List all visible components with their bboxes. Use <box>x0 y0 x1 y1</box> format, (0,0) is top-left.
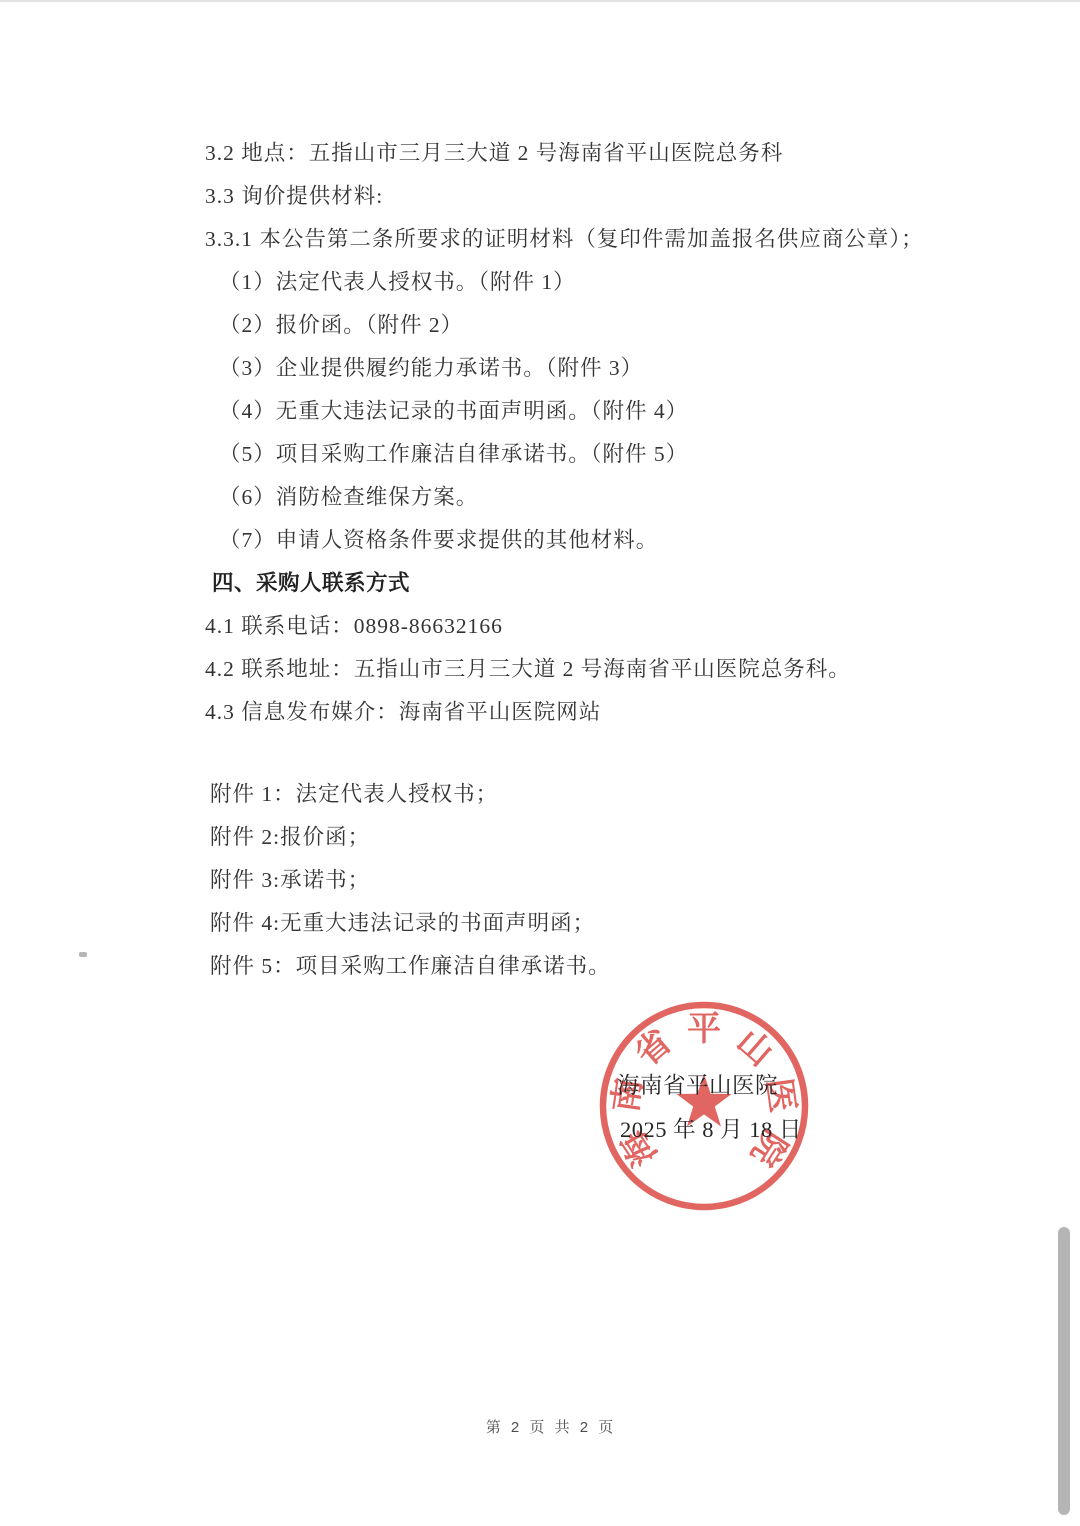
viewer-top-divider <box>0 0 1080 2</box>
line-3-2-location: 3.2 地点：五指山市三月三大道 2 号海南省平山医院总务科 <box>205 132 965 175</box>
line-4-2-address: 4.2 联系地址：五指山市三月三大道 2 号海南省平山医院总务科。 <box>205 648 965 691</box>
line-attachment-4: 附件 4:无重大违法记录的书面声明函； <box>205 902 965 945</box>
document-viewer: 3.2 地点：五指山市三月三大道 2 号海南省平山医院总务科3.3 询价提供材料… <box>0 0 1080 1526</box>
line-3-3-materials: 3.3 询价提供材料: <box>205 175 965 218</box>
page-number-label: 第 2 页 共 2 页 <box>0 1416 1080 1437</box>
line-4-1-phone: 4.1 联系电话：0898-86632166 <box>205 605 965 648</box>
line-item-2: （2）报价函。（附件 2） <box>205 304 965 347</box>
line-item-5: （5）项目采购工作廉洁自律承诺书。（附件 5） <box>205 433 965 476</box>
line-item-4: （4）无重大违法记录的书面声明函。（附件 4） <box>205 390 965 433</box>
scan-artifact-dot <box>79 952 87 957</box>
line-attachment-3: 附件 3:承诺书； <box>205 859 965 902</box>
line-item-6: （6）消防检查维保方案。 <box>205 476 965 519</box>
line-attachment-5: 附件 5：项目采购工作廉洁自律承诺书。 <box>205 945 965 988</box>
section-heading-contact: 四、采购人联系方式 <box>205 562 965 605</box>
line-item-7: （7）申请人资格条件要求提供的其他材料。 <box>205 519 965 562</box>
official-seal: 海南省平山医院 <box>596 998 812 1214</box>
line-attachment-2: 附件 2:报价函； <box>205 816 965 859</box>
line-4-3-media: 4.3 信息发布媒介：海南省平山医院网站 <box>205 691 965 734</box>
line-item-1: （1）法定代表人授权书。（附件 1） <box>205 261 965 304</box>
line-item-3: （3）企业提供履约能力承诺书。（附件 3） <box>205 347 965 390</box>
signature-organization: 海南省平山医院 <box>617 1068 778 1100</box>
line-attachment-1: 附件 1：法定代表人授权书； <box>205 773 965 816</box>
signature-date: 2025 年 8 月 18 日 <box>620 1112 802 1144</box>
seal-arc-char-3: 平 <box>687 1010 721 1048</box>
document-body: 3.2 地点：五指山市三月三大道 2 号海南省平山医院总务科3.3 询价提供材料… <box>205 132 965 988</box>
scrollbar-thumb[interactable] <box>1058 1227 1070 1515</box>
line-3-3-1-certificates: 3.3.1 本公告第二条所要求的证明材料（复印件需加盖报名供应商公章）； <box>205 218 965 261</box>
